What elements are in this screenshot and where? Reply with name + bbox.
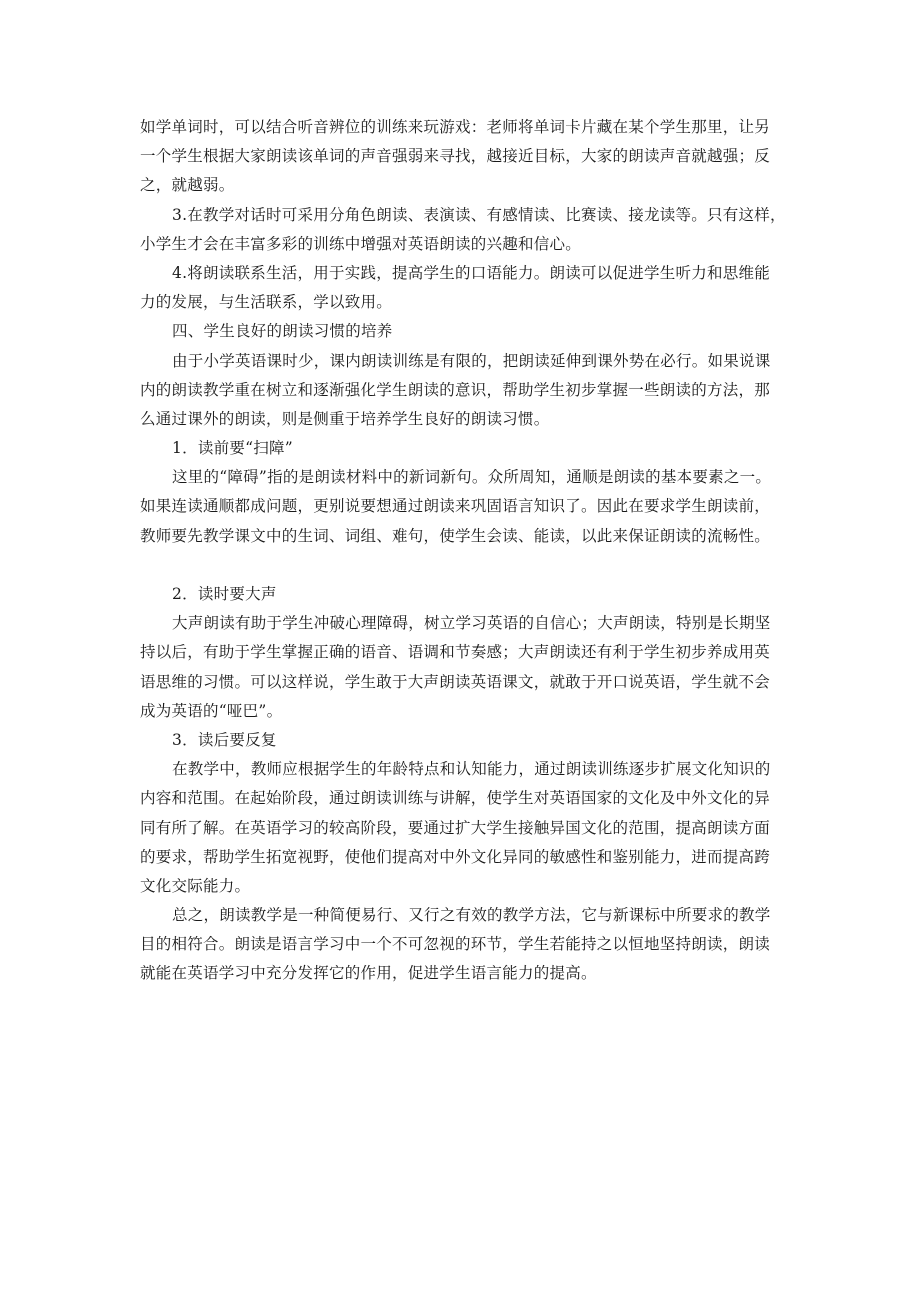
paragraph-conclusion: 总之，朗读教学是一种简便易行、又行之有效的教学方法，它与新课标中所要求的教学 目… bbox=[140, 901, 790, 989]
text-line: 就能在英语学习中充分发挥它的作用，促进学生语言能力的提高。 bbox=[140, 959, 790, 988]
text-line: 在教学中，教师应根据学生的年龄特点和认知能力，通过朗读训练逐步扩展文化知识的 bbox=[140, 755, 790, 784]
text-line: 么通过课外的朗读，则是侧重于培养学生良好的朗读习惯。 bbox=[140, 405, 790, 434]
text-line: 文化交际能力。 bbox=[140, 872, 790, 901]
text-line: 如学单词时，可以结合听音辨位的训练来玩游戏：老师将单词卡片藏在某个学生那里，让另 bbox=[140, 113, 790, 142]
text-line: 3.在教学对话时可采用分角色朗读、表演读、有感情读、比赛读、接龙读等。只有这样， bbox=[140, 201, 790, 230]
paragraph-sub-1: 这里的“障碍”指的是朗读材料中的新词新句。众所周知，通顺是朗读的基本要素之一。 … bbox=[140, 463, 790, 551]
text-line: 内的朗读教学重在树立和逐渐强化学生朗读的意识，帮助学生初步掌握一些朗读的方法，那 bbox=[140, 376, 790, 405]
text-line: 成为英语的“哑巴”。 bbox=[140, 697, 790, 726]
text-line: 的要求，帮助学生拓宽视野，使他们提高对中外文化异同的敏感性和鉴别能力，进而提高跨 bbox=[140, 843, 790, 872]
text-line: 如果连读通顺都成问题，更别说要想通过朗读来巩固语言知识了。因此在要求学生朗读前， bbox=[140, 492, 790, 521]
subheading-2: 2．读时要大声 bbox=[140, 580, 790, 609]
text-line: 大声朗读有助于学生冲破心理障碍，树立学习英语的自信心；大声朗读，特别是长期坚 bbox=[140, 609, 790, 638]
paragraph-point-4: 4.将朗读联系生活，用于实践，提高学生的口语能力。朗读可以促进学生听力和思维能 … bbox=[140, 259, 790, 317]
text-line: 总之，朗读教学是一种简便易行、又行之有效的教学方法，它与新课标中所要求的教学 bbox=[140, 901, 790, 930]
text-line: 小学生才会在丰富多彩的训练中增强对英语朗读的兴趣和信心。 bbox=[140, 230, 790, 259]
section-heading: 四、学生良好的朗读习惯的培养 bbox=[140, 317, 790, 346]
subheading-text: 3．读后要反复 bbox=[140, 726, 790, 755]
text-line: 力的发展，与生活联系，学以致用。 bbox=[140, 288, 790, 317]
blank-line bbox=[140, 551, 790, 580]
text-line: 这里的“障碍”指的是朗读材料中的新词新句。众所周知，通顺是朗读的基本要素之一。 bbox=[140, 463, 790, 492]
text-line: 同有所了解。在英语学习的较高阶段，要通过扩大学生接触异国文化的范围，提高朗读方面 bbox=[140, 814, 790, 843]
text-line: 内容和范围。在起始阶段，通过朗读训练与讲解，使学生对英语国家的文化及中外文化的异 bbox=[140, 784, 790, 813]
text-line: 由于小学英语课时少，课内朗读训练是有限的，把朗读延伸到课外势在必行。如果说课 bbox=[140, 347, 790, 376]
section-heading-text: 四、学生良好的朗读习惯的培养 bbox=[140, 317, 790, 346]
text-line: 持以后，有助于学生掌握正确的语音、语调和节奏感；大声朗读还有利于学生初步养成用英 bbox=[140, 638, 790, 667]
paragraph-section-intro: 由于小学英语课时少，课内朗读训练是有限的，把朗读延伸到课外势在必行。如果说课 内… bbox=[140, 347, 790, 435]
subheading-text: 2．读时要大声 bbox=[140, 580, 790, 609]
paragraph-point-3: 3.在教学对话时可采用分角色朗读、表演读、有感情读、比赛读、接龙读等。只有这样，… bbox=[140, 201, 790, 259]
text-line: 目的相符合。朗读是语言学习中一个不可忽视的环节，学生若能持之以恒地坚持朗读，朗读 bbox=[140, 930, 790, 959]
paragraph-sub-2: 大声朗读有助于学生冲破心理障碍，树立学习英语的自信心；大声朗读，特别是长期坚 持… bbox=[140, 609, 790, 726]
paragraph-sub-3: 在教学中，教师应根据学生的年龄特点和认知能力，通过朗读训练逐步扩展文化知识的 内… bbox=[140, 755, 790, 901]
subheading-1: 1．读前要“扫障” bbox=[140, 434, 790, 463]
text-line: 教师要先教学课文中的生词、词组、难句，使学生会读、能读，以此来保证朗读的流畅性。 bbox=[140, 522, 790, 551]
text-line: 4.将朗读联系生活，用于实践，提高学生的口语能力。朗读可以促进学生听力和思维能 bbox=[140, 259, 790, 288]
document-page: 如学单词时，可以结合听音辨位的训练来玩游戏：老师将单词卡片藏在某个学生那里，让另… bbox=[140, 113, 790, 989]
text-line: 语思维的习惯。可以这样说，学生敢于大声朗读英语课文，就敢于开口说英语，学生就不会 bbox=[140, 668, 790, 697]
paragraph-game-example: 如学单词时，可以结合听音辨位的训练来玩游戏：老师将单词卡片藏在某个学生那里，让另… bbox=[140, 113, 790, 201]
subheading-text: 1．读前要“扫障” bbox=[140, 434, 790, 463]
text-line: 之，就越弱。 bbox=[140, 171, 790, 200]
subheading-3: 3．读后要反复 bbox=[140, 726, 790, 755]
text-line: 一个学生根据大家朗读该单词的声音强弱来寻找，越接近目标，大家的朗读声音就越强；反 bbox=[140, 142, 790, 171]
